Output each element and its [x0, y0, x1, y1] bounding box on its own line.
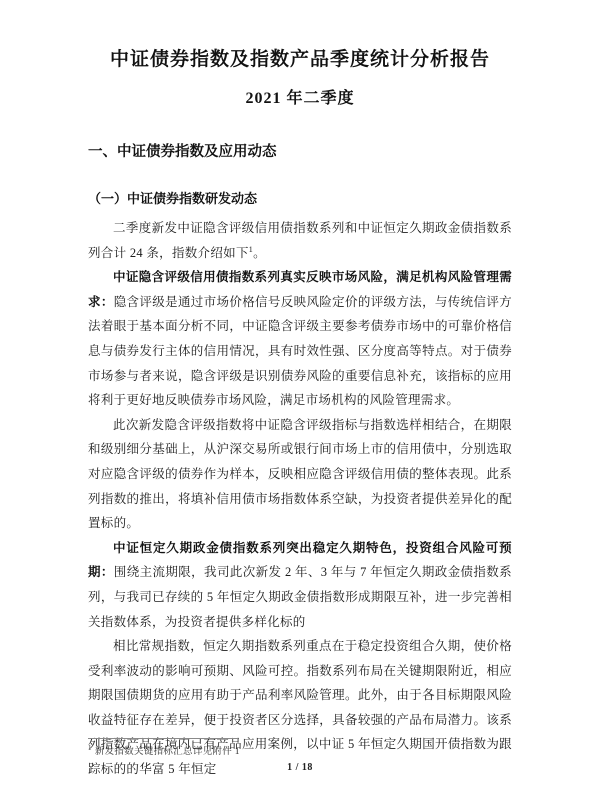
page-footer: 1新发指数关键指标汇总详见附件 1 1 / 18 — [88, 738, 512, 773]
paragraph: 中证恒定久期政金债指数系列突出稳定久期特色，投资组合风险可预期：围绕主流期限，我… — [88, 536, 512, 634]
body-text: 二季度新发中证隐含评级信用债指数系列和中证恒定久期政金债指数系列合计 24 条，… — [88, 216, 512, 782]
section-heading: 一、中证债券指数及应用动态 — [88, 142, 512, 162]
page-number: 1 / 18 — [88, 762, 512, 773]
footnote-text: 新发指数关键指标汇总详见附件 1 — [95, 747, 240, 757]
paragraph: 二季度新发中证隐含评级信用债指数系列和中证恒定久期政金债指数系列合计 24 条，… — [88, 216, 512, 265]
paragraph-text: 隐含评级是通过市场价格信号反映风险定价的评级方法，与传统信评方法着眼于基本面分析… — [88, 295, 512, 407]
report-title: 中证债券指数及指数产品季度统计分析报告 — [88, 46, 512, 74]
paragraph: 中证隐含评级信用债指数系列真实反映市场风险，满足机构风险管理需求：隐含评级是通过… — [88, 265, 512, 413]
footnote: 1新发指数关键指标汇总详见附件 1 — [88, 742, 512, 759]
paragraph: 此次新发隐含评级指数将中证隐含评级指标与指数选样相结合，在期限和级别细分基础上，… — [88, 413, 512, 536]
paragraph-text: 此次新发隐含评级指数将中证隐含评级指标与指数选样相结合，在期限和级别细分基础上，… — [88, 418, 512, 530]
footnote-divider — [88, 738, 238, 739]
paragraph-tail: 。 — [253, 246, 266, 260]
subsection-heading: （一）中证债券指数研发动态 — [88, 190, 512, 208]
document-page: 中证债券指数及指数产品季度统计分析报告 2021 年二季度 一、中证债券指数及应… — [0, 0, 600, 800]
paragraph-text: 围绕主流期限，我司此次新发 2 年、3 年与 7 年恒定久期政金债指数系列，与我… — [88, 565, 512, 628]
report-subtitle: 2021 年二季度 — [88, 88, 512, 110]
footnote-marker: 1 — [88, 744, 92, 752]
paragraph-text: 二季度新发中证隐含评级信用债指数系列和中证恒定久期政金债指数系列合计 24 条，… — [88, 221, 512, 260]
